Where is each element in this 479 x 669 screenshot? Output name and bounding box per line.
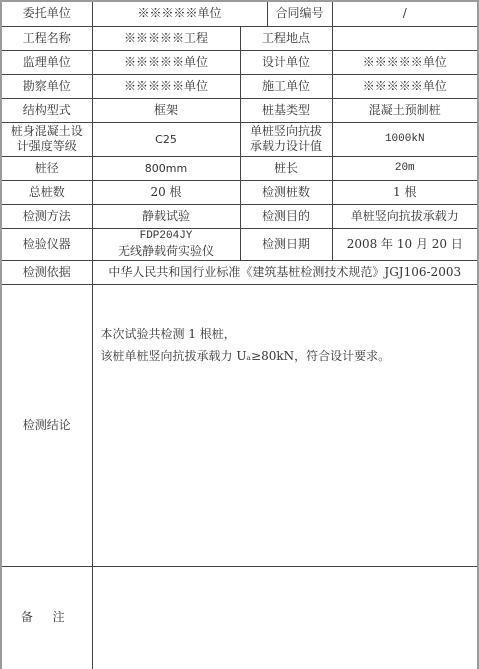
survey-label: 勘察单位 [2,74,92,98]
row-basis: 检测依据 中华人民共和国行业标准《建筑基桩检测技术规范》JGJ106-2003 [2,260,477,284]
structure-type-label: 结构型式 [2,98,92,122]
conclusion-content: 本次试验共检测 1 根桩， 该桩单桩竖向抗拔承载力 Uₐ≥80kN，符合设计要求… [92,284,477,566]
uplift-design-label-line1: 单桩竖向抗拔 [241,124,332,139]
project-location-value [332,26,477,50]
tested-piles-label: 检测桩数 [240,180,332,204]
uplift-design-label: 单桩竖向抗拔 承载力设计值 [240,122,332,156]
concrete-grade-label-line1: 桩身混凝土设 [2,124,92,139]
concrete-grade-value: C25 [92,122,240,156]
total-piles-value: 20 根 [92,180,240,204]
row-instrument: 检验仪器 FDP204JY 无线静载荷实验仪 检测日期 2008 年 10 月 … [2,228,477,260]
pile-length-label: 桩长 [240,156,332,180]
row-survey: 勘察单位 ※※※※※单位 施工单位 ※※※※※单位 [2,74,477,98]
conclusion-line2: 该桩单桩竖向抗拔承载力 Uₐ≥80kN，符合设计要求。 [101,345,478,367]
pile-diameter-label: 桩径 [2,156,92,180]
row-strength: 桩身混凝土设 计强度等级 C25 单桩竖向抗拔 承载力设计值 1000kN [2,122,477,156]
test-basis-label: 检测依据 [2,260,92,284]
construction-unit-label: 施工单位 [240,74,332,98]
client-value: ※※※※※单位 [92,2,267,26]
row-count: 总桩数 20 根 检测桩数 1 根 [2,180,477,204]
remarks-label: 备 注 [2,566,92,669]
conclusion-line1: 本次试验共检测 1 根桩， [101,323,478,345]
conclusion-label: 检测结论 [2,284,92,566]
pile-type-label: 桩基类型 [240,98,332,122]
survey-value: ※※※※※单位 [92,74,240,98]
concrete-grade-label-line2: 计强度等级 [2,139,92,154]
design-unit-label: 设计单位 [240,50,332,74]
project-name-label: 工程名称 [2,26,92,50]
test-basis-value: 中华人民共和国行业标准《建筑基桩检测技术规范》JGJ106-2003 [92,260,477,284]
supervisor-label: 监理单位 [2,50,92,74]
pile-type-value: 混凝土预制桩 [332,98,477,122]
pile-length-value: 20m [332,156,477,180]
pile-test-report-table: 委托单位 ※※※※※单位 合同编号 / 工程名称 ※※※※※工程 工程地点 监理… [2,2,477,669]
row-client: 委托单位 ※※※※※单位 合同编号 / [2,2,477,26]
instrument-model: FDP204JY [93,229,240,244]
remarks-value [92,566,477,669]
row-supervisor: 监理单位 ※※※※※单位 设计单位 ※※※※※单位 [2,50,477,74]
test-purpose-value: 单桩竖向抗拔承载力 [332,204,477,228]
row-diameter: 桩径 800mm 桩长 20m [2,156,477,180]
test-purpose-label: 检测目的 [240,204,332,228]
structure-type-value: 框架 [92,98,240,122]
supervisor-value: ※※※※※单位 [92,50,240,74]
uplift-design-value: 1000kN [332,122,477,156]
tested-piles-value: 1 根 [332,180,477,204]
concrete-grade-label: 桩身混凝土设 计强度等级 [2,122,92,156]
total-piles-label: 总桩数 [2,180,92,204]
test-date-label: 检测日期 [240,228,332,260]
row-project: 工程名称 ※※※※※工程 工程地点 [2,26,477,50]
project-name-value: ※※※※※工程 [92,26,240,50]
uplift-design-label-line2: 承载力设计值 [241,139,332,154]
construction-unit-value: ※※※※※单位 [332,74,477,98]
row-remarks: 备 注 [2,566,477,669]
client-label: 委托单位 [2,2,92,26]
pile-diameter-value: 800mm [92,156,240,180]
row-structure: 结构型式 框架 桩基类型 混凝土预制桩 [2,98,477,122]
row-conclusion: 检测结论 本次试验共检测 1 根桩， 该桩单桩竖向抗拔承载力 Uₐ≥80kN，符… [2,284,477,566]
contract-no-value: / [332,2,477,26]
instrument-name: 无线静载荷实验仪 [93,244,240,259]
project-location-label: 工程地点 [240,26,332,50]
test-method-value: 静载试验 [92,204,240,228]
contract-no-label: 合同编号 [267,2,332,26]
design-unit-value: ※※※※※单位 [332,50,477,74]
test-date-value: 2008 年 10 月 20 日 [332,228,477,260]
instrument-value: FDP204JY 无线静载荷实验仪 [92,228,240,260]
instrument-label: 检验仪器 [2,228,92,260]
test-method-label: 检测方法 [2,204,92,228]
row-method: 检测方法 静载试验 检测目的 单桩竖向抗拔承载力 [2,204,477,228]
